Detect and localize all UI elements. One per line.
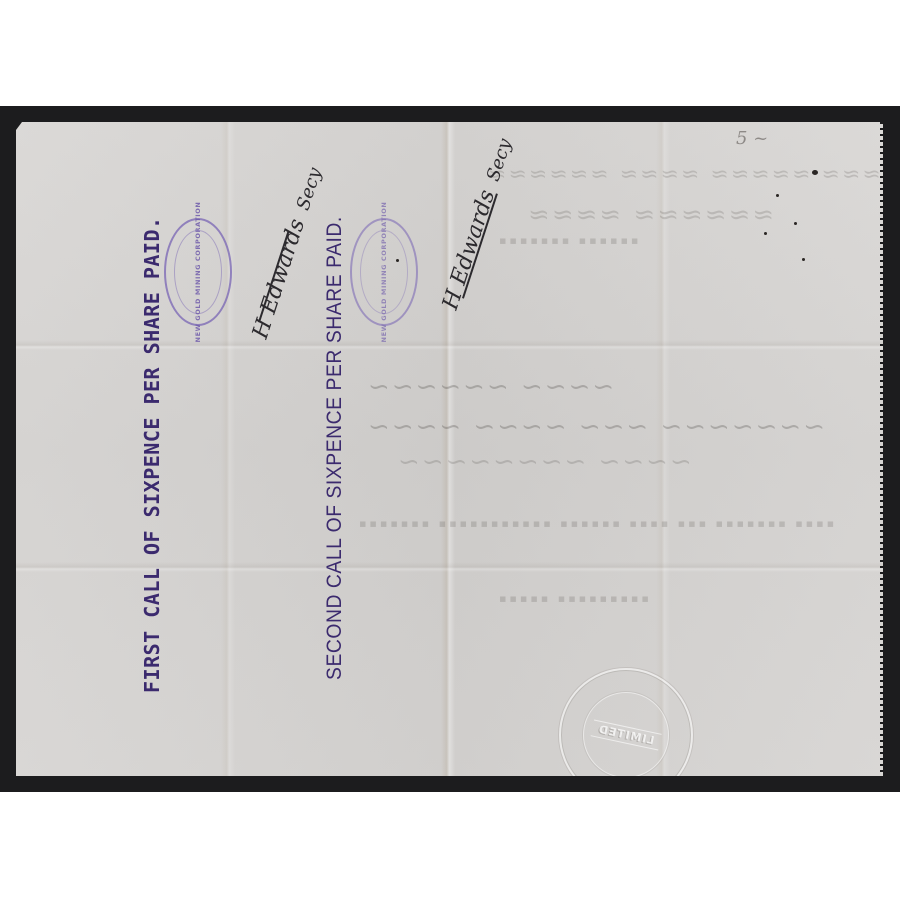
first-call-stamp: FIRST CALL OF SIXPENCE PER SHARE PAID. — [140, 216, 164, 693]
show-through-script: ~~~~ ~~~~~~~~ — [396, 447, 692, 477]
show-through-line: ▪▪▪▪▪▪ ▪▪▪▪▪▪▪ — [496, 234, 638, 247]
show-through-title: ≈≈≈≈ ≈≈≈≈≈ ≈≈≈≈ ≈≈≈≈≈≈ — [486, 162, 883, 187]
corporation-oval-stamp: NEW GOLD MINING CORPORATION — [350, 218, 418, 326]
second-call-stamp: SECOND CALL OF SIXPENCE PER SHARE PAID. — [323, 216, 347, 680]
show-through-number: 5 ~ — [736, 128, 768, 149]
ink-spot — [802, 258, 805, 261]
ink-spot — [794, 222, 797, 225]
show-through-line: ▪▪▪▪ ▪▪▪▪▪▪▪ ▪▪▪ ▪▪▪▪ ▪▪▪▪▪▪ ▪▪▪▪▪▪▪▪▪▪▪… — [356, 517, 834, 530]
show-through-script: ~~~~~~~ ~~~ ~~~~ ~~~~ — [366, 412, 825, 442]
oval-stamp-ring-text: NEW GOLD MINING CORPORATION — [194, 202, 202, 343]
show-through-line: ▪▪▪▪▪▪▪▪▪ ▪▪▪▪▪ — [496, 592, 649, 605]
show-through-heading: ≈≈≈≈≈≈ ≈≈≈≈ — [526, 200, 774, 230]
perforated-edge — [880, 122, 883, 776]
oval-stamp-ring-text: NEW GOLD MINING CORPORATION — [380, 202, 388, 343]
ink-spot — [776, 194, 779, 197]
ink-spot — [812, 170, 818, 175]
vertical-fold-line — [221, 122, 235, 776]
ink-spot — [764, 232, 767, 235]
show-through-script: ~~~~ ~~~~~~ — [366, 372, 614, 402]
embossed-company-seal: LIMITED — [559, 668, 693, 776]
corporation-oval-stamp: NEW GOLD MINING CORPORATION — [164, 218, 232, 326]
